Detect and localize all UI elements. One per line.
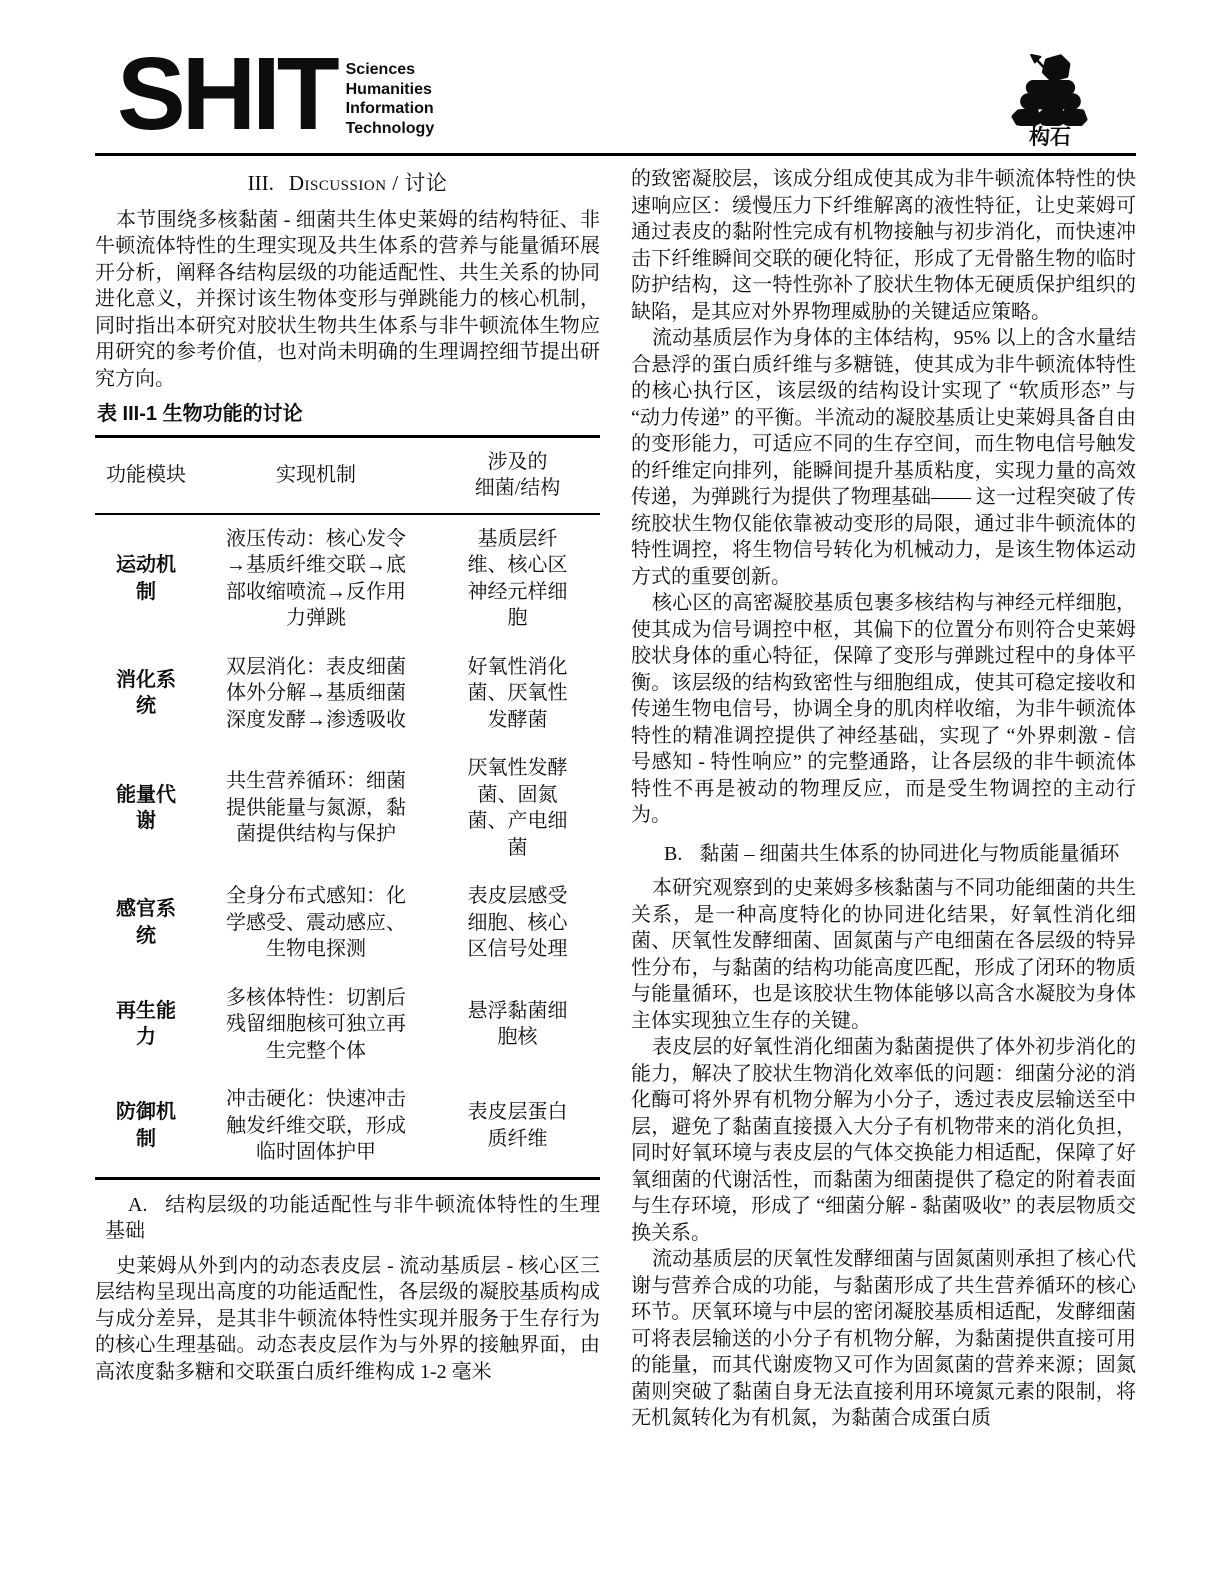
col-header-module: 功能模块 [95, 436, 197, 514]
table-row: 防御机制 冲击硬化：快速冲击触发纤维交联，形成临时固体护甲 表皮层蛋白质纤维 [95, 1075, 600, 1178]
mechanism-cell: 全身分布式感知：化学感受、震动感应、生物电探测 [197, 872, 435, 974]
table-row: 运动机制 液压传动：核心发令→基质纤维交联→底部收缩喷流→反作用力弹跳 基质层纤… [95, 514, 600, 643]
logo-word: Sciences [346, 60, 435, 80]
logo-word: Technology [346, 119, 435, 139]
logo-words: Sciences Humanities Information Technolo… [346, 60, 435, 138]
paragraph-structure-basis: 史莱姆从外到内的动态表皮层 - 流动基质层 - 核心区三层结构呈现出高度的功能适… [95, 1253, 600, 1386]
module-cell: 防御机制 [95, 1075, 197, 1178]
subsection-title: 结构层级的功能适配性与非牛顿流体特性的生理基础 [105, 1194, 600, 1243]
paragraph-epidermis-continued: 的致密凝胶层，该成分组成使其成为非牛顿流体特性的快速响应区：缓慢压力下纤维解离的… [631, 166, 1136, 325]
involved-cell: 表皮层蛋白质纤维 [435, 1075, 600, 1178]
subsection-label: A. [128, 1194, 147, 1216]
table-caption: 表 III-1 生物功能的讨论 [97, 401, 600, 428]
subsection-heading-a: A.结构层级的功能适配性与非牛顿流体特性的生理基础 [95, 1192, 600, 1245]
module-cell: 能量代谢 [95, 744, 197, 872]
table-row: 消化系统 双层消化：表皮细菌体外分解→基质细菌深度发酵→渗透吸收 好氧性消化菌、… [95, 643, 600, 745]
functions-table: 功能模块 实现机制 涉及的 细菌/结构 运动机制 液压传动：核心发令→基质纤维交… [95, 435, 600, 1180]
right-column: 的致密凝胶层，该成分组成使其成为非牛顿流体特性的快速响应区：缓慢压力下纤维解离的… [631, 166, 1136, 1432]
col-header-mechanism: 实现机制 [197, 436, 435, 514]
mechanism-cell: 液压传动：核心发令→基质纤维交联→底部收缩喷流→反作用力弹跳 [197, 514, 435, 643]
publisher-logo-label: 构石 [1004, 127, 1096, 149]
mechanism-cell: 双层消化：表皮细菌体外分解→基质细菌深度发酵→渗透吸收 [197, 643, 435, 745]
logo-word: Humanities [346, 80, 435, 100]
paragraph-flow-matrix: 流动基质层作为身体的主体结构，95% 以上的含水量结合悬浮的蛋白质纤维与多糖链，… [631, 325, 1136, 590]
module-cell: 再生能力 [95, 974, 197, 1076]
paragraph-anaerobic-bacteria: 流动基质层的厌氧性发酵细菌与固氮菌则承担了核心代谢与营养合成的功能，与黏菌形成了… [631, 1246, 1136, 1432]
module-cell: 消化系统 [95, 643, 197, 745]
mechanism-cell: 多核体特性：切割后残留细胞核可独立再生完整个体 [197, 974, 435, 1076]
left-column: III.Discussion / 讨论 本节围绕多核黏菌 - 细菌共生体史莱姆的… [95, 166, 600, 1432]
table-row: 再生能力 多核体特性：切割后残留细胞核可独立再生完整个体 悬浮黏菌细胞核 [95, 974, 600, 1076]
table-row: 感官系统 全身分布式感知：化学感受、震动感应、生物电探测 表皮层感受细胞、核心区… [95, 872, 600, 974]
stone-cairn-icon [1004, 52, 1096, 126]
section-heading-discussion: III.Discussion / 讨论 [95, 170, 600, 197]
page-body: III.Discussion / 讨论 本节围绕多核黏菌 - 细菌共生体史莱姆的… [95, 166, 1136, 1432]
subsection-label: B. [664, 843, 682, 865]
involved-cell: 表皮层感受细胞、核心区信号处理 [435, 872, 600, 974]
document-page: SHIT Sciences Humanities Information Tec… [0, 0, 1224, 1584]
involved-cell: 厌氧性发酵菌、固氮菌、产电细菌 [435, 744, 600, 872]
module-cell: 感官系统 [95, 872, 197, 974]
col-header-involved: 涉及的 细菌/结构 [435, 436, 600, 514]
masthead: SHIT Sciences Humanities Information Tec… [95, 52, 1136, 148]
logo-word: Information [346, 99, 435, 119]
module-cell: 运动机制 [95, 514, 197, 643]
involved-cell: 基质层纤维、核心区神经元样细胞 [435, 514, 600, 643]
section-number: III. [248, 171, 274, 195]
publisher-logo: 构石 [1004, 52, 1096, 149]
subsection-title: 黏菌 – 细菌共生体系的协同进化与物质能量循环 [699, 843, 1119, 865]
section-title: Discussion / 讨论 [289, 171, 448, 195]
journal-logo: SHIT Sciences Humanities Information Tec… [117, 52, 434, 138]
intro-paragraph: 本节围绕多核黏菌 - 细菌共生体史莱姆的结构特征、非牛顿流体特性的生理实现及共生… [95, 207, 600, 393]
mechanism-cell: 冲击硬化：快速冲击触发纤维交联，形成临时固体护甲 [197, 1075, 435, 1178]
table-row: 能量代谢 共生营养循环：细菌提供能量与氮源，黏菌提供结构与保护 厌氧性发酵菌、固… [95, 744, 600, 872]
involved-cell: 悬浮黏菌细胞核 [435, 974, 600, 1076]
paragraph-core-region: 核心区的高密凝胶基质包裹多核结构与神经元样细胞，使其成为信号调控中枢，其偏下的位… [631, 590, 1136, 829]
subsection-heading-b: B.黏菌 – 细菌共生体系的协同进化与物质能量循环 [631, 841, 1136, 868]
mechanism-cell: 共生营养循环：细菌提供能量与氮源，黏菌提供结构与保护 [197, 744, 435, 872]
table-header-row: 功能模块 实现机制 涉及的 细菌/结构 [95, 436, 600, 514]
involved-cell: 好氧性消化菌、厌氧性发酵菌 [435, 643, 600, 745]
paragraph-symbiosis-overview: 本研究观察到的史莱姆多核黏菌与不同功能细菌的共生关系，是一种高度特化的协同进化结… [631, 875, 1136, 1034]
logo-acronym: SHIT [117, 52, 336, 136]
masthead-rule [95, 153, 1136, 156]
paragraph-aerobic-bacteria: 表皮层的好氧性消化细菌为黏菌提供了体外初步消化的能力，解决了胶状生物消化效率低的… [631, 1034, 1136, 1246]
